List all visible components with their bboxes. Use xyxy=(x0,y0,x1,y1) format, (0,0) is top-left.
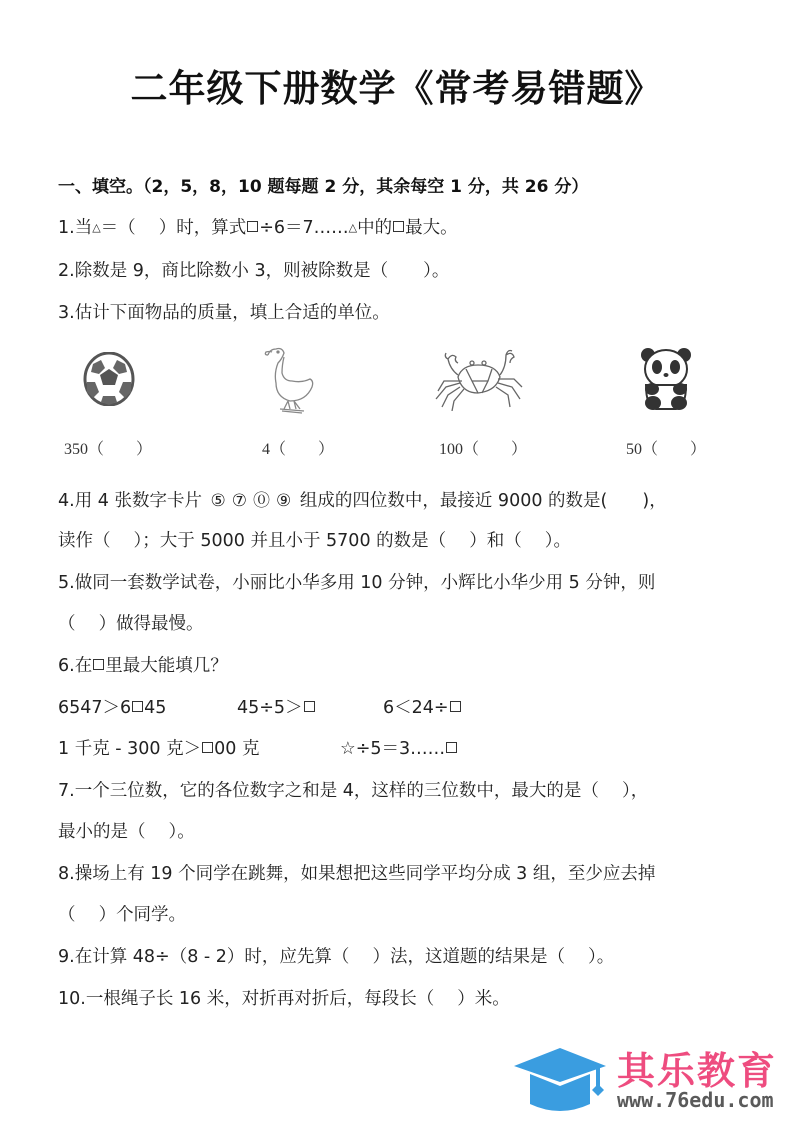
q1-text-c: ÷6＝7…… xyxy=(259,218,348,238)
q6-expr-5: ☆÷5＝3…… xyxy=(340,735,458,760)
q6-expr-3: 6＜24÷ xyxy=(383,694,462,719)
question-4-line-2: 读作（ ）；大于 5000 并且小于 5700 的数是（ ）和（ ）。 xyxy=(58,527,571,552)
q6-expr1-b: 45 xyxy=(144,698,166,718)
box-icon xyxy=(450,701,461,712)
card-9: ⑨ xyxy=(276,491,291,511)
q4-text-b: 组成的四位数中，最接近 9000 的数是( )， xyxy=(300,491,667,511)
caption-panda: 50（ ） xyxy=(626,436,706,459)
question-9: 9.在计算 48÷（8 - 2）时，应先算（ ）法，这道题的结果是（ ）。 xyxy=(58,943,614,968)
crab-icon xyxy=(432,347,524,411)
caption-crab: 100（ ） xyxy=(439,436,527,459)
question-3: 3.估计下面物品的质量，填上合适的单位。 xyxy=(58,299,390,324)
question-1: 1.当△＝（ ）时，算式÷6＝7……△中的最大。 xyxy=(58,214,458,239)
triangle-icon: △ xyxy=(349,221,357,234)
page-title: 二年级下册数学《常考易错题》 xyxy=(0,58,793,112)
triangle-icon: △ xyxy=(92,221,100,234)
q6-expr1-a: 6547＞6 xyxy=(58,698,131,718)
card-0: ⓪ xyxy=(253,491,270,511)
brand-url: www.76edu.com xyxy=(617,1088,774,1112)
q6-expr4-b: 00 克 xyxy=(214,739,259,759)
question-7-line-1: 7.一个三位数，它的各位数字之和是 4，这样的三位数中，最大的是（ ）， xyxy=(58,777,648,802)
q6-expr-1: 6547＞645 xyxy=(58,694,166,719)
box-icon xyxy=(132,701,143,712)
question-4-line-1: 4.用 4 张数字卡片 ⑤⑦⓪⑨ 组成的四位数中，最接近 9000 的数是( )… xyxy=(58,486,667,512)
q6-expr3-text: 6＜24÷ xyxy=(383,698,449,718)
panda-icon xyxy=(640,345,692,411)
box-icon xyxy=(393,221,404,232)
football-icon xyxy=(83,352,135,406)
question-8-line-1: 8.操场上有 19 个同学在跳舞，如果想把这些同学平均分成 3 组，至少应去掉 xyxy=(58,860,655,885)
question-8-line-2: （ ）个同学。 xyxy=(58,901,186,926)
q4-text-a: 4.用 4 张数字卡片 xyxy=(58,491,202,511)
q6-expr-4: 1 千克 - 300 克＞00 克 xyxy=(58,735,259,760)
graduation-cap-icon xyxy=(512,1046,608,1116)
q6-expr5-text: ☆÷5＝3…… xyxy=(340,739,445,759)
question-10: 10.一根绳子长 16 米，对折再对折后，每段长（ ）米。 xyxy=(58,985,510,1010)
caption-goose: 4（ ） xyxy=(262,436,334,459)
q6-expr-2: 45÷5＞ xyxy=(237,694,316,719)
card-7: ⑦ xyxy=(232,491,247,511)
box-icon xyxy=(304,701,315,712)
card-5: ⑤ xyxy=(211,491,226,511)
box-icon xyxy=(202,742,213,753)
section-heading: 一、填空。（2，5，8，10 题每题 2 分，其余每空 1 分，共 26 分） xyxy=(58,172,588,197)
q6-text-b: 里最大能填几？ xyxy=(105,656,228,676)
caption-football: 350（ ） xyxy=(64,436,152,459)
q1-text-b: ＝（ ）时，算式 xyxy=(101,218,247,238)
question-5-line-1: 5.做同一套数学试卷，小丽比小华多用 10 分钟，小辉比小华少用 5 分钟，则 xyxy=(58,569,655,594)
q1-text-e: 最大。 xyxy=(405,218,458,238)
box-icon xyxy=(93,659,104,670)
question-6: 6.在里最大能填几？ xyxy=(58,652,228,677)
q1-text-a: 1.当 xyxy=(58,218,92,238)
goose-icon xyxy=(262,343,318,415)
q6-text-a: 6.在 xyxy=(58,656,92,676)
question-7-line-2: 最小的是（ ）。 xyxy=(58,818,195,843)
question-5-line-2: （ ）做得最慢。 xyxy=(58,610,204,635)
box-icon xyxy=(446,742,457,753)
q6-expr4-a: 1 千克 - 300 克＞ xyxy=(58,739,201,759)
q1-text-d: 中的 xyxy=(357,218,392,238)
brand-name: 其乐教育 xyxy=(617,1040,777,1095)
q6-expr2-text: 45÷5＞ xyxy=(237,698,303,718)
question-2: 2.除数是 9，商比除数小 3，则被除数是（ ）。 xyxy=(58,257,449,282)
box-icon xyxy=(247,221,258,232)
